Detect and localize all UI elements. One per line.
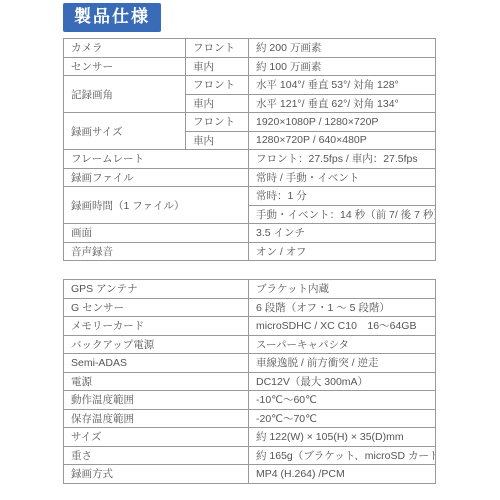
spec-value-cell: 約 165g（ブラケット、microSD カード含む） [249,446,436,465]
spec-value-cell: 1280×720P / 640×480P [249,131,436,150]
spec-value-cell: 常時 / 手動・イベント [249,168,436,187]
page-title: 製品仕様 [74,7,150,26]
spec-row: GPS アンテナブラケット内蔵 [64,280,436,299]
spec-label-cell: メモリーカード [64,317,249,336]
spec-row: 画面3.5 インチ [64,224,436,243]
spec-sub-cell: 車内 [186,94,249,113]
spec-row: 保存温度範囲-20℃〜70℃ [64,409,436,428]
spec-value-cell: -10℃〜60℃ [249,391,436,410]
spec-row: 音声録音オン / オフ [64,242,436,261]
spec-row: 録画時間（1 ファイル）常時：1 分 [64,187,436,206]
spec-value-cell: フロント：27.5fps / 車内：27.5fps [249,150,436,169]
spec-value-cell: 1920×1080P / 1280×720P [249,113,436,132]
spec-table-main-body: カメラフロント約 200 万画素センサー車内約 100 万画素記録画角フロント水… [64,39,436,261]
spec-row: 重さ約 165g（ブラケット、microSD カード含む） [64,446,436,465]
spec-row: 録画ファイル常時 / 手動・イベント [64,168,436,187]
spec-value-cell: ブラケット内蔵 [249,280,436,299]
spec-label-cell: 電源 [64,372,249,391]
spec-value-cell: 6 段階（オフ・1 〜 5 段階） [249,298,436,317]
spec-value-cell: -20℃〜70℃ [249,409,436,428]
spec-value-cell: オン / オフ [249,242,436,261]
spec-label-cell: 記録画角 [64,76,186,113]
spec-value-cell: 手動・イベント：14 秒（前 7/ 後 7 秒） [249,205,436,224]
spec-table-main: カメラフロント約 200 万画素センサー車内約 100 万画素記録画角フロント水… [63,38,436,261]
spec-value-cell: 車線逸脱 / 前方衝突 / 逆走 [249,354,436,373]
spec-sub-cell: フロント [186,39,249,58]
spec-row: 録画方式MP4 (H.264) /PCM [64,465,436,484]
spec-label-cell: 録画ファイル [64,168,249,187]
spec-value-cell: 約 122(W) × 105(H) × 35(D)mm [249,428,436,447]
spec-label-cell: 保存温度範囲 [64,409,249,428]
spec-label-cell: フレームレート [64,150,249,169]
spec-row: 動作温度範囲-10℃〜60℃ [64,391,436,410]
spec-value-cell: スーパーキャパシタ [249,335,436,354]
spec-value-cell: microSDHC / XC C10 16〜64GB [249,317,436,336]
spec-label-cell: センサー [64,57,186,76]
spec-row: 記録画角フロント水平 104°/ 垂直 53°/ 対角 128° [64,76,436,95]
spec-row: メモリーカードmicroSDHC / XC C10 16〜64GB [64,317,436,336]
spec-row: 録画サイズフロント1920×1080P / 1280×720P [64,113,436,132]
spec-row: バックアップ電源スーパーキャパシタ [64,335,436,354]
spec-label-cell: バックアップ電源 [64,335,249,354]
spec-label-cell: 重さ [64,446,249,465]
spec-row: サイズ約 122(W) × 105(H) × 35(D)mm [64,428,436,447]
spec-label-cell: G センサー [64,298,249,317]
spec-sub-cell: 車内 [186,57,249,76]
spec-sub-cell: フロント [186,113,249,132]
spec-table-secondary-body: GPS アンテナブラケット内蔵G センサー6 段階（オフ・1 〜 5 段階）メモ… [64,280,436,484]
spec-label-cell: 録画方式 [64,465,249,484]
spec-value-cell: MP4 (H.264) /PCM [249,465,436,484]
spec-label-cell: サイズ [64,428,249,447]
spec-value-cell: 3.5 インチ [249,224,436,243]
spec-value-cell: 水平 104°/ 垂直 53°/ 対角 128° [249,76,436,95]
spec-sub-cell: 車内 [186,131,249,150]
spec-label-cell: 音声録音 [64,242,249,261]
spec-label-cell: 録画時間（1 ファイル） [64,187,249,224]
spec-label-cell: 画面 [64,224,249,243]
spec-value-cell: DC12V（最大 300mA） [249,372,436,391]
spec-row: センサー車内約 100 万画素 [64,57,436,76]
spec-sub-cell: フロント [186,76,249,95]
spec-label-cell: 録画サイズ [64,113,186,150]
spec-row: カメラフロント約 200 万画素 [64,39,436,58]
spec-value-cell: 常時：1 分 [249,187,436,206]
page-title-badge: 製品仕様 [63,3,161,32]
spec-row: Semi-ADAS車線逸脱 / 前方衝突 / 逆走 [64,354,436,373]
spec-row: フレームレートフロント：27.5fps / 車内：27.5fps [64,150,436,169]
spec-value-cell: 約 200 万画素 [249,39,436,58]
spec-label-cell: GPS アンテナ [64,280,249,299]
spec-label-cell: カメラ [64,39,186,58]
spec-value-cell: 約 100 万画素 [249,57,436,76]
spec-value-cell: 水平 121°/ 垂直 62°/ 対角 134° [249,94,436,113]
spec-table-secondary: GPS アンテナブラケット内蔵G センサー6 段階（オフ・1 〜 5 段階）メモ… [63,279,436,484]
spec-label-cell: 動作温度範囲 [64,391,249,410]
spec-label-cell: Semi-ADAS [64,354,249,373]
spec-row: 電源DC12V（最大 300mA） [64,372,436,391]
spec-row: G センサー6 段階（オフ・1 〜 5 段階） [64,298,436,317]
